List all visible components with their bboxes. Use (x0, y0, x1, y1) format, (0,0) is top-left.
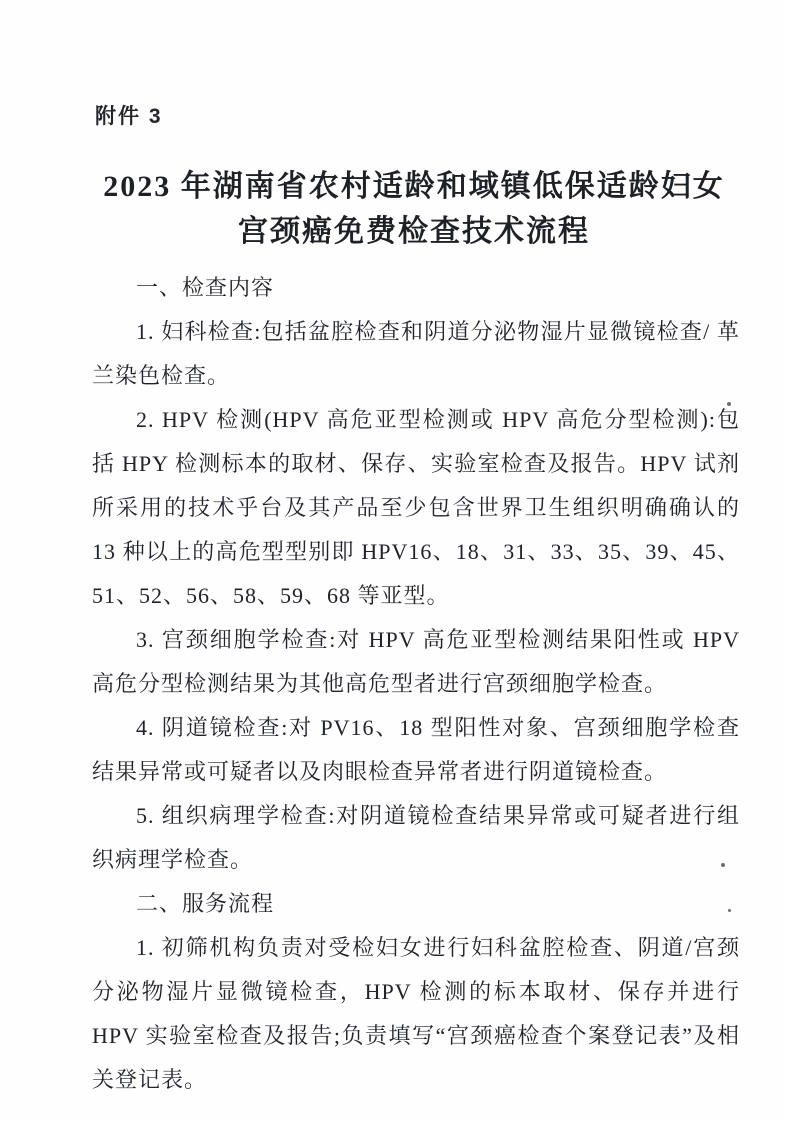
paragraph-hpv-testing: 2. HPV 检测(HPV 高危亚型检测或 HPV 高危分型检测):包括 HPY… (92, 398, 740, 618)
scan-speck (727, 402, 731, 406)
scan-speck (721, 863, 725, 867)
paragraph-primary-screening-agency: 1. 初筛机构负责对受检妇女进行妇科盆腔检查、阴道/宫颈分泌物湿片显微镜检查，H… (92, 926, 740, 1102)
paragraph-histopathology: 5. 组织病理学检查:对阴道镜检查结果异常或可疑者进行组织病理学检查。 (92, 794, 740, 882)
attachment-label: 附件 3 (95, 100, 163, 130)
paragraph-gynecological-exam: 1. 妇科检查:包括盆腔检查和阴道分泌物湿片显微镜检查/ 革兰染色检查。 (92, 310, 740, 398)
document-title-line1: 2023 年湖南省农村适龄和域镇低保适龄妇女 (90, 164, 738, 209)
paragraph-colposcopy: 4. 阴道镜检查:对 PV16、18 型阳性对象、宫颈细胞学检查结果异常或可疑者… (92, 706, 740, 794)
section-heading-inspection-content: 一、检查内容 (92, 266, 740, 310)
scan-speck (728, 909, 731, 912)
section-heading-service-process: 二、服务流程 (92, 882, 740, 926)
document-title-line2: 宫颈癌免费检查技术流程 (90, 209, 738, 254)
document-page: 附件 3 2023 年湖南省农村适龄和域镇低保适龄妇女 宫颈癌免费检查技术流程 … (0, 0, 786, 1121)
document-title: 2023 年湖南省农村适龄和域镇低保适龄妇女 宫颈癌免费检查技术流程 (90, 164, 738, 254)
paragraph-cervical-cytology: 3. 宫颈细胞学检查:对 HPV 高危亚型检测结果阳性或 HPV 高危分型检测结… (92, 618, 740, 706)
document-body: 一、检查内容 1. 妇科检查:包括盆腔检查和阴道分泌物湿片显微镜检查/ 革兰染色… (92, 266, 740, 1102)
